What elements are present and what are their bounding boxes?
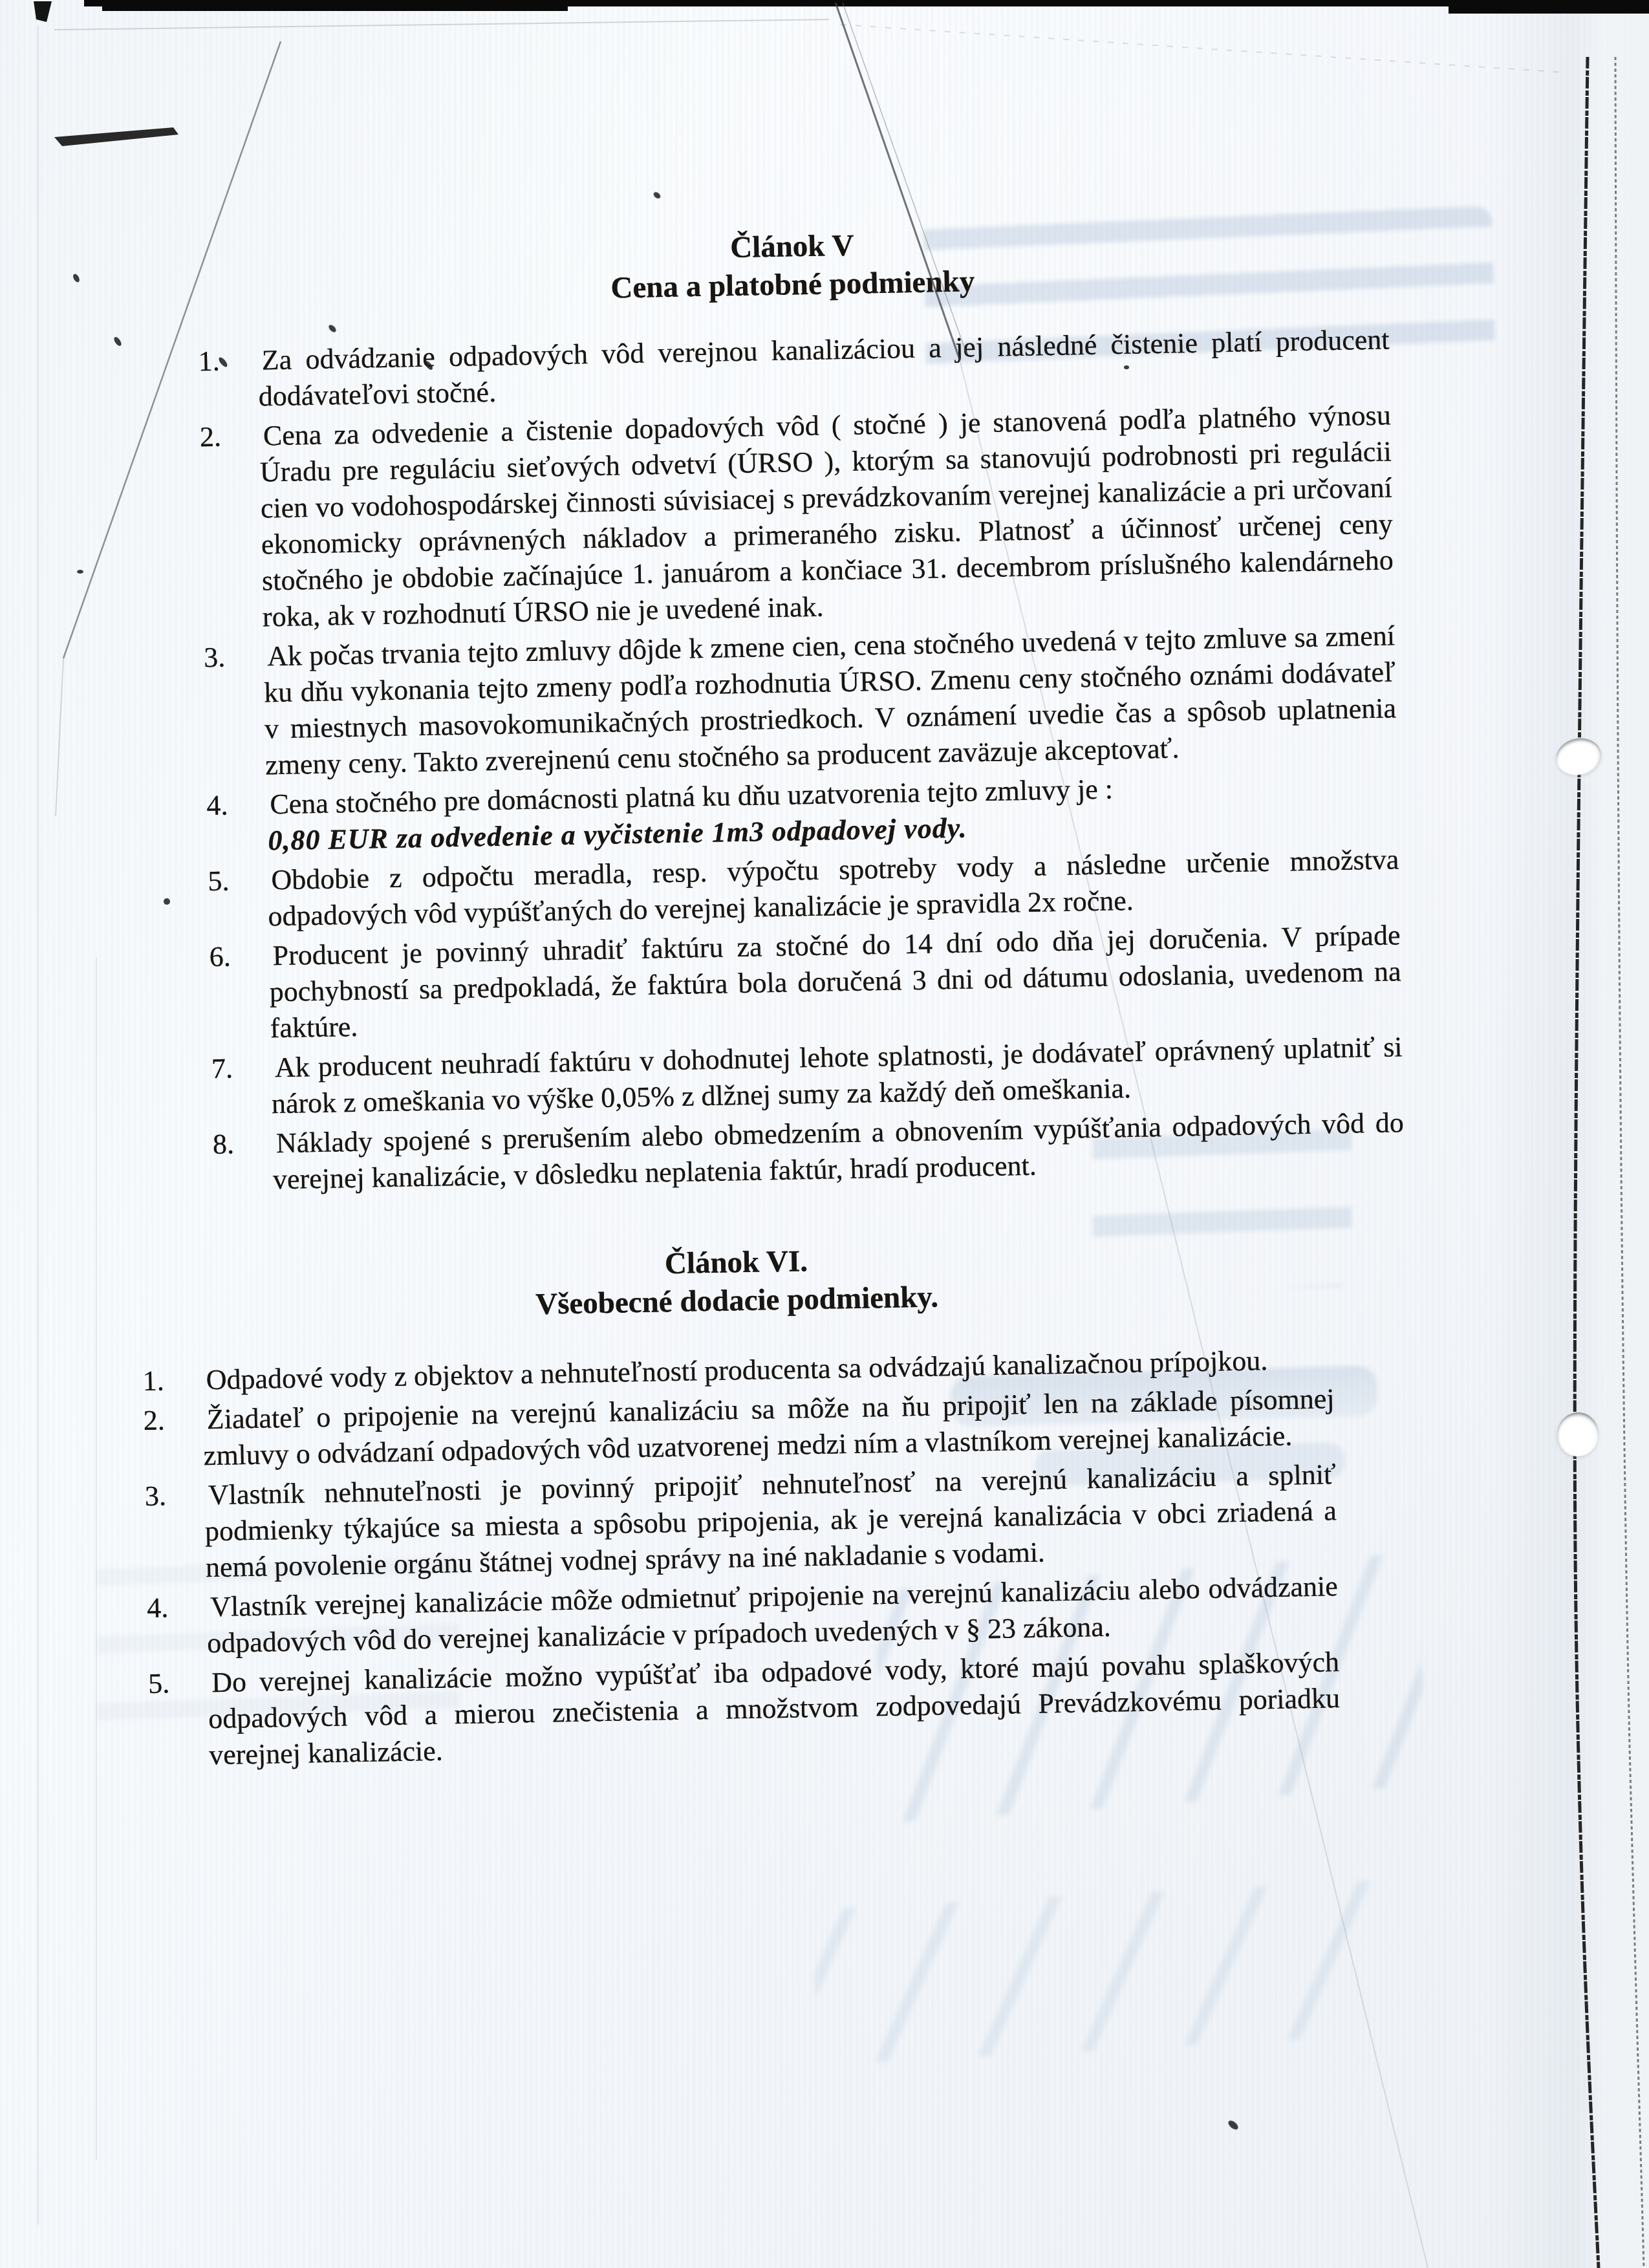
clause-number: 2. [199, 418, 263, 637]
bleed-through-handwriting [811, 1880, 1387, 2065]
underlying-surface-band [1573, 0, 1649, 2268]
clause-list: 1.Odpadové vody z objektov a nehnuteľnos… [142, 1340, 1427, 1775]
clause-text-body: Ak počas trvania tejto zmluvy dôjde k zm… [264, 620, 1397, 781]
right-edge-line-dashed [1615, 57, 1644, 2268]
clause-number: 5. [208, 862, 268, 936]
clause-text-body: Žiadateľ o pripojenie na verejnú kanaliz… [203, 1383, 1335, 1471]
contract-clause: 3.Ak počas trvania tejto zmluvy dôjde k … [204, 618, 1409, 784]
right-edge-line-strong [1575, 57, 1599, 2268]
clause-text: Vlastník nehnuteľnosti je povinný pripoj… [204, 1456, 1337, 1586]
top-edge-bar [84, 0, 1649, 6]
scanned-contract-page: { "document": { "articles": [ { "heading… [0, 0, 1649, 2268]
underlying-page-edge [38, 26, 39, 2225]
clause-number: 1. [142, 1362, 202, 1399]
clause-text-body: Do verejnej kanalizácie možno vypúšťať i… [208, 1646, 1341, 1771]
clause-text: Producent je povinný uhradiť faktúru za … [268, 917, 1402, 1046]
clause-number: 2. [143, 1401, 204, 1475]
clause-text-body: Vlastník verejnej kanalizácie môže odmie… [207, 1570, 1339, 1659]
clause-number: 1. [198, 343, 259, 416]
top-hairline [54, 19, 829, 30]
top-right-edge-bar [1449, 0, 1649, 14]
clause-number: 6. [209, 938, 270, 1048]
clause-number: 4. [147, 1589, 208, 1663]
clause-text-body: Ak producent neuhradí faktúru v dohodnut… [271, 1031, 1403, 1119]
clause-text: Ak počas trvania tejto zmluvy dôjde k zm… [263, 618, 1397, 783]
contract-clause: 6.Producent je povinný uhradiť faktúru z… [209, 917, 1414, 1048]
contract-clause: 5.Do verejnej kanalizácie možno vypúšťať… [148, 1643, 1427, 1775]
clause-text-body: Obdobie z odpočtu meradla, resp. výpočtu… [268, 843, 1399, 932]
clause-text-body: Vlastník nehnuteľnosti je povinný pripoj… [205, 1458, 1337, 1583]
contract-clause: 2.Cena za odvedenie a čistenie dopadovýc… [199, 397, 1406, 636]
punch-hole [1553, 734, 1605, 779]
clause-number: 8. [213, 1125, 274, 1199]
clause-number: 3. [204, 638, 266, 784]
fold-shadow-streak [54, 127, 178, 146]
clause-list: 1.Za odvádzanie odpadových vôd verejnou … [198, 321, 1416, 1199]
top-left-corner-mark [34, 1, 52, 22]
clause-number: 4. [206, 786, 267, 860]
clause-text: Cena za odvedenie a čistenie dopadových … [259, 397, 1394, 635]
clause-text-body: Za odvádzanie odpadových vôd verejnou ka… [258, 323, 1390, 412]
article-section: Článok VCena a platobné podmienky1.Za od… [196, 217, 1416, 1199]
fold-crease-left-faint [56, 658, 63, 816]
top-hairline-dotted [841, 25, 1565, 72]
clause-text-body: Producent je povinný uhradiť faktúru za … [269, 919, 1401, 1044]
clause-text-body: Náklady spojené s prerušením alebo obmed… [273, 1107, 1405, 1195]
clause-number: 3. [144, 1477, 206, 1587]
clause-text: Do verejnej kanalizácie možno vypúšťať i… [208, 1644, 1341, 1773]
article-section: Článok VI.Všeobecné dodacie podmienky.1.… [140, 1231, 1427, 1775]
clause-text-body: Cena za odvedenie a čistenie dopadových … [260, 399, 1394, 632]
contract-clause: 3.Vlastník nehnuteľnosti je povinný prip… [144, 1455, 1423, 1587]
clause-number: 5. [148, 1665, 210, 1775]
underlying-page-edge [96, 957, 97, 2160]
document-content: Článok VCena a platobné podmienky1.Za od… [196, 217, 1427, 1777]
punch-hole [1555, 1410, 1602, 1459]
clause-number: 7. [211, 1050, 272, 1123]
top-edge-bar-thick [102, 0, 568, 11]
page-edge-shadow [1487, 0, 1573, 2268]
